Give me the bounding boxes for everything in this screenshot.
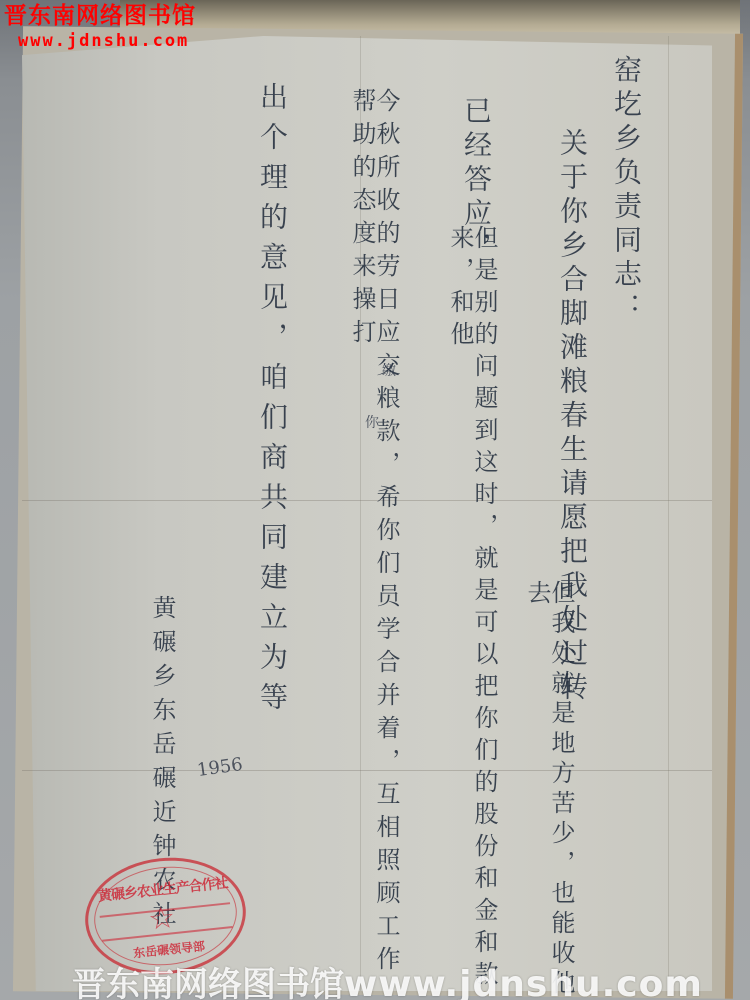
fold-crease-right (668, 36, 669, 991)
watermark-bottom-url: www.jdnshu.com (344, 964, 703, 1000)
inserted-character-2: 你 (365, 412, 379, 432)
letter-column-6: 出个理的意见，咱们商共同建立为等 (258, 82, 286, 722)
letter-column-5: 今秋所收的劳日应交粮款，希你们员学合并着，互相照顾工作帮助的态度来操打 (350, 88, 398, 1000)
inserted-character-1: 缴 (382, 360, 396, 380)
watermark-top: 晋东南网络图书馆 www.jdnshu.com (4, 2, 196, 52)
watermark-top-title: 晋东南网络图书馆 (4, 2, 196, 30)
watermark-top-url: www.jdnshu.com (4, 30, 196, 52)
letter-column-2: 但我处就是地方苦少，也能收他去 (525, 580, 573, 1000)
watermark-bottom: 晋东南网络图书馆www.jdnshu.com (72, 957, 703, 1000)
salutation: 窑圪乡负责同志： (612, 55, 640, 327)
watermark-bottom-title: 晋东南网络图书馆 (72, 965, 344, 1000)
letter-column-4: 但是别的问题到这时，就是可以把你们的股份和金和款来，和他 (448, 225, 496, 1000)
